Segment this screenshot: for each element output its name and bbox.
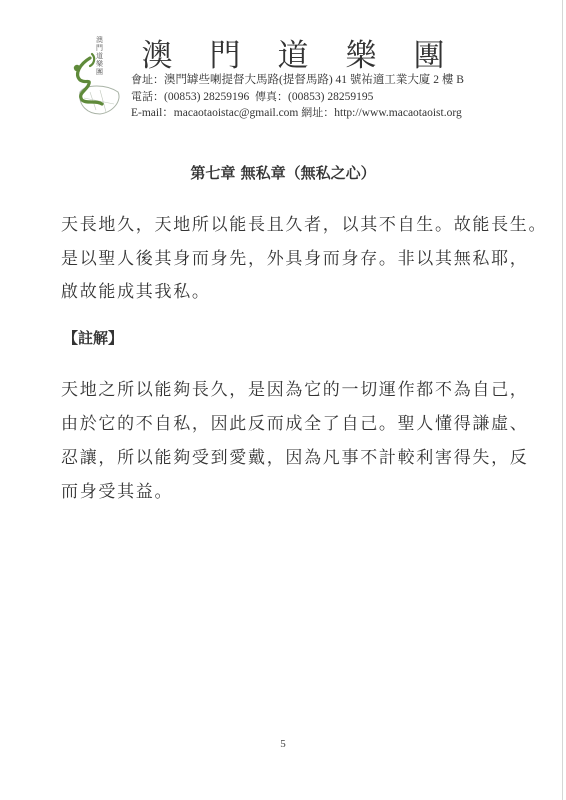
phone-value: (00853) 28259196 <box>164 91 249 103</box>
email-web-line: E-mail：macaotaoistac@gmail.com 網址：http:/… <box>131 105 464 122</box>
text-line: 由於它的不自私，因此反而成全了自己。聖人懂得謙虛、 <box>61 407 511 441</box>
text-line: 而身受其益。 <box>61 475 511 509</box>
letterhead: 澳門道樂團 澳 門 道 樂 團 會址：澳門罅些喇提督大馬路(提督馬路) 41 號… <box>0 0 566 130</box>
text-line: 天地之所以能夠長久，是因為它的一切運作都不為自己， <box>61 373 511 407</box>
title-char: 門 <box>208 30 242 75</box>
website-label: 網址： <box>301 106 334 119</box>
title-char: 澳 <box>140 30 174 75</box>
address-line: 會址：澳門罅些喇提督大馬路(提督馬路) 41 號祐適工業大廈 2 樓 B <box>131 72 464 89</box>
chapter-heading: 第七章 無私章（無私之心） <box>0 162 566 184</box>
fax-value: (00853) 28259195 <box>288 91 373 103</box>
title-char: 樂 <box>344 30 378 75</box>
email-label: E-mail： <box>131 107 174 119</box>
page-number: 5 <box>0 738 566 750</box>
text-line: 天長地久，天地所以能長且久者，以其不自生。故能長生。 <box>61 209 511 243</box>
organization-title: 澳 門 道 樂 團 <box>140 34 446 70</box>
text-line: 啟故能成其我私。 <box>61 276 511 310</box>
original-text: 天長地久，天地所以能長且久者，以其不自生。故能長生。 是以聖人後其身而身先，外具… <box>61 209 511 310</box>
text-line: 忍讓，所以能夠受到愛戴，因為凡事不計較利害得失，反 <box>61 441 511 475</box>
title-char: 團 <box>412 30 446 75</box>
text-line: 是以聖人後其身而身先，外具身而身存。非以其無私耶， <box>61 243 511 277</box>
annotation-heading: 【註解】 <box>63 327 123 349</box>
address-label: 會址： <box>131 73 164 86</box>
phone-fax-line: 電話：(00853) 28259196 傳真：(00853) 28259195 <box>131 89 464 106</box>
annotation-text: 天地之所以能夠長久，是因為它的一切運作都不為自己， 由於它的不自私，因此反而成全… <box>61 373 511 509</box>
phone-label: 電話： <box>131 90 164 103</box>
contact-info: 會址：澳門罅些喇提督大馬路(提督馬路) 41 號祐適工業大廈 2 樓 B 電話：… <box>131 72 464 122</box>
email-link[interactable]: macaotaoistac@gmail.com <box>174 107 299 119</box>
title-char: 道 <box>276 30 310 75</box>
address-value: 澳門罅些喇提督大馬路(提督馬路) 41 號祐適工業大廈 2 樓 B <box>164 74 464 86</box>
logo-vertical-text: 澳門道樂團 <box>95 36 104 76</box>
website-link[interactable]: http://www.macaotaoist.org <box>334 107 461 119</box>
fax-label: 傳真： <box>255 90 288 103</box>
